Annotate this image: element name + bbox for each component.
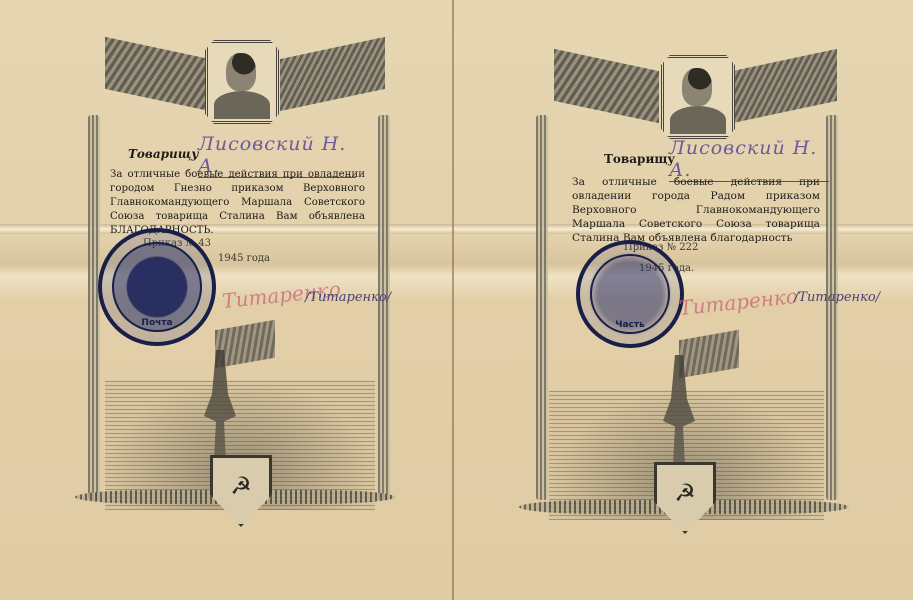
commendation-text: За отличные боевые действия при овладени… — [110, 168, 365, 238]
commander-printed-name: /Титаренко/ — [305, 290, 391, 305]
left-flags-ornament — [554, 49, 659, 123]
stamp-label: Часть — [580, 320, 680, 330]
order-date: 1945 года — [218, 253, 270, 264]
certificate-radom: Товарищу Лисовский Н. А. За отличные бое… — [454, 0, 913, 600]
portrait-medallion — [205, 40, 279, 124]
hammer-and-sickle-icon: ☭ — [213, 472, 269, 500]
military-post-stamp: Почта — [98, 228, 216, 346]
salutation: Товарищу — [128, 147, 199, 161]
certificate-gniezno: Товарищу Лисовский Н. А. За отличные бое… — [0, 0, 453, 600]
right-flags-ornament — [280, 37, 385, 111]
right-column-ornament — [378, 115, 390, 500]
portrait-medallion — [661, 55, 735, 139]
military-post-stamp: Часть — [576, 240, 684, 348]
shield-emblem: ☭ — [210, 455, 272, 527]
left-column-ornament — [88, 115, 100, 500]
hammer-and-sickle-icon: ☭ — [657, 479, 713, 507]
salutation: Товарищу — [604, 152, 675, 166]
commendation-text: За отличные боевые действия при овладени… — [572, 175, 820, 245]
stamp-label: Почта — [102, 318, 212, 328]
commander-printed-name: /Титаренко/ — [794, 290, 880, 305]
right-flags-ornament — [732, 49, 837, 123]
banner-flag — [679, 330, 739, 379]
left-flags-ornament — [105, 37, 210, 111]
shield-emblem: ☭ — [654, 462, 716, 534]
commander-signature: Титаренко — [678, 284, 799, 320]
left-column-ornament — [536, 115, 548, 500]
